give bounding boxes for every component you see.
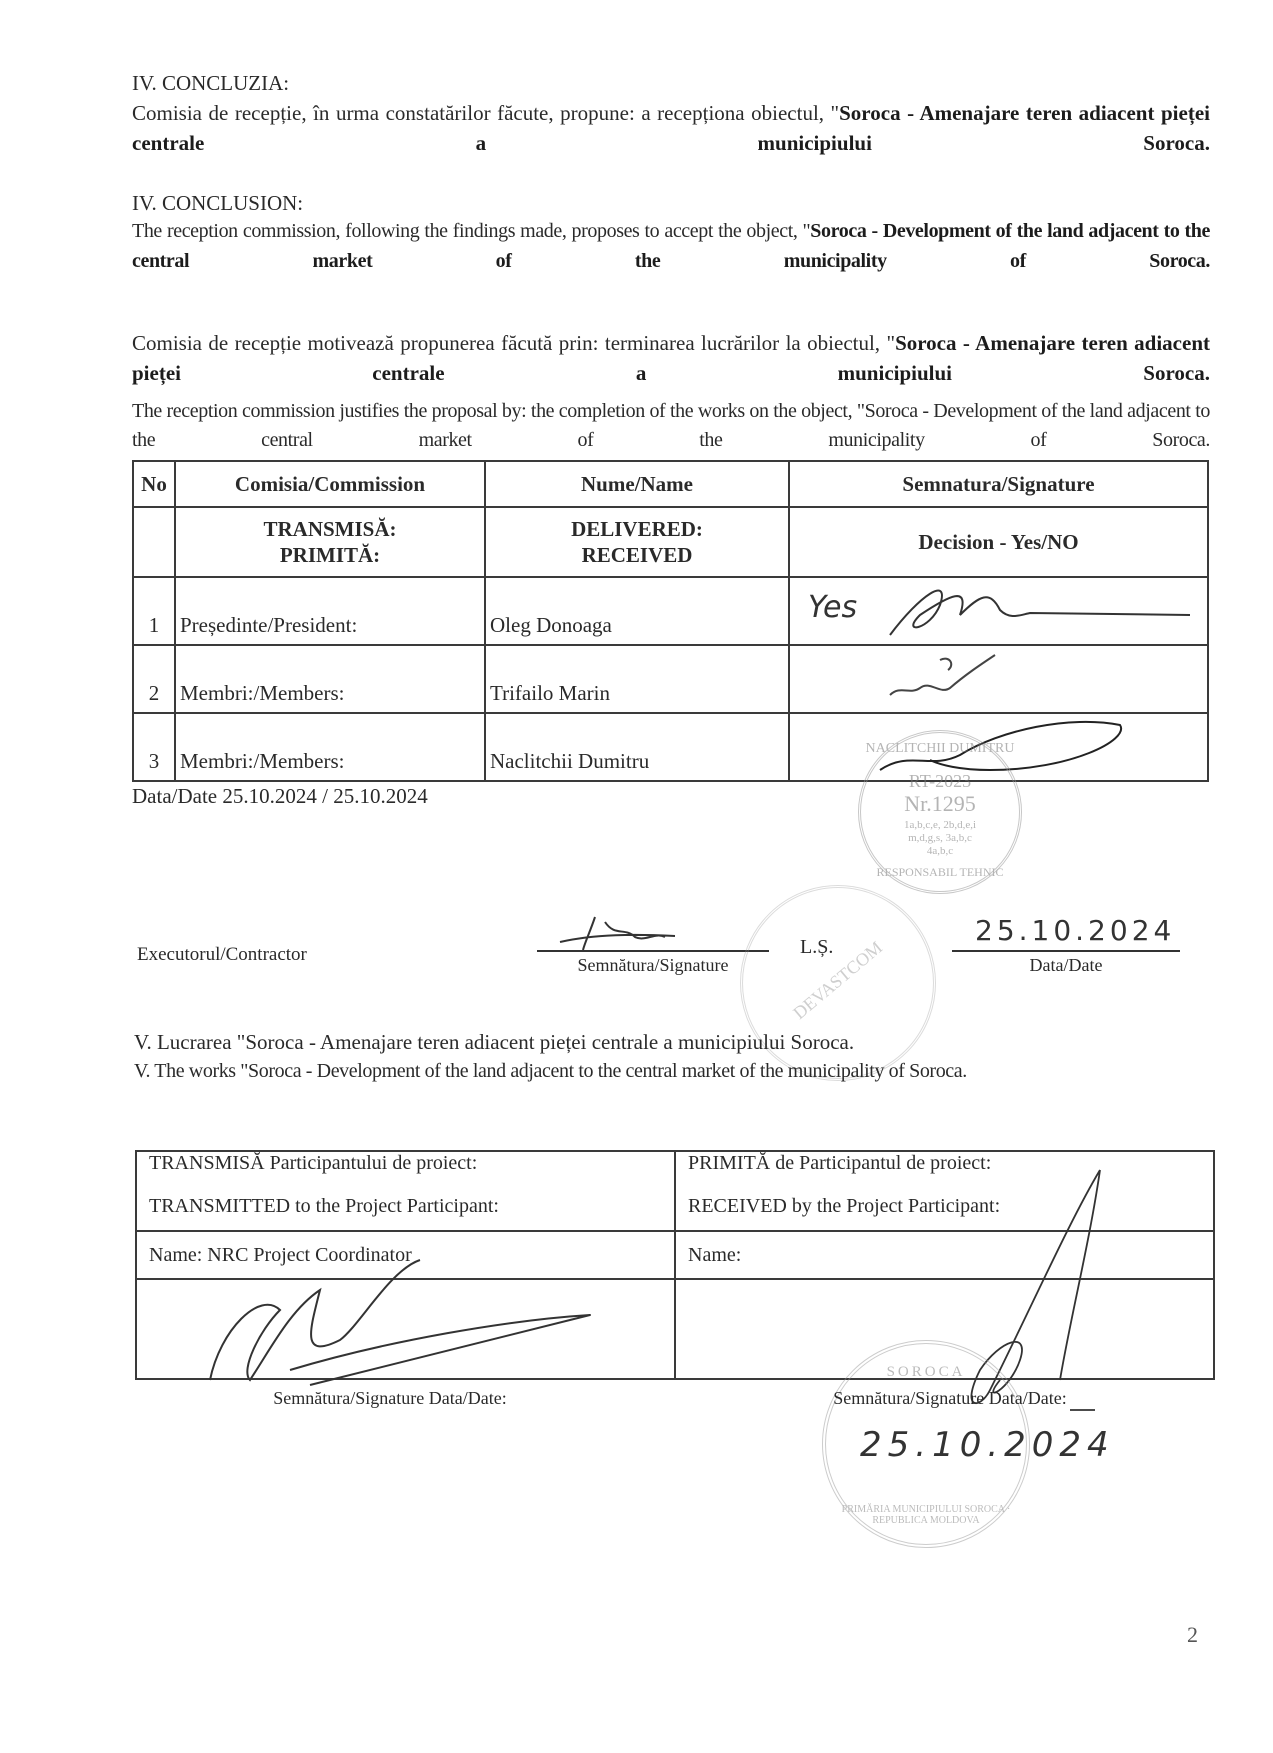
contractor-signature-line bbox=[537, 950, 769, 952]
subheader-no bbox=[133, 507, 175, 577]
header-name: Nume/Name bbox=[485, 461, 789, 507]
transmitted-title-ro: TRANSMISĂ Participantului de proiect: bbox=[149, 1152, 477, 1174]
contractor-date-line bbox=[952, 950, 1180, 952]
conclusion-text-ro-plain: Comisia de recepție, în urma constatăril… bbox=[132, 101, 839, 125]
row-no: 3 bbox=[133, 713, 175, 781]
signature-member-2 bbox=[880, 650, 1040, 710]
contractor-signature bbox=[555, 912, 685, 952]
subheader-commission: TRANSMISĂ: PRIMITĂ: bbox=[175, 507, 485, 577]
subheader-name: DELIVERED: RECEIVED bbox=[485, 507, 789, 577]
commission-table-subheader: TRANSMISĂ: PRIMITĂ: DELIVERED: RECEIVED … bbox=[133, 507, 1208, 577]
table-row: 2 Membri:/Members: Trifailo Marin bbox=[133, 645, 1208, 713]
stamp-technical-responsible: NACLITCHII DUMITRU RT-2023 Nr.1295 1a,b,… bbox=[858, 730, 1022, 894]
commission-table-header: No Comisia/Commission Nume/Name Semnatur… bbox=[133, 461, 1208, 507]
contractor-label: Executorul/Contractor bbox=[137, 944, 307, 966]
conclusion-heading-ro: IV. CONCLUZIA: bbox=[132, 68, 1210, 98]
received-handwritten-date: 25.10.2024 bbox=[860, 1425, 1115, 1465]
contractor-handwritten-date: 25.10.2024 bbox=[975, 914, 1175, 947]
row-role: Președinte/President: bbox=[175, 577, 485, 645]
received-signature-caption: Semnătura/Signature Data/Date: bbox=[820, 1388, 1080, 1409]
justification-text-ro: Comisia de recepție motivează propunerea… bbox=[132, 328, 1210, 388]
conclusion-text-ro: Comisia de recepție, în urma constatăril… bbox=[132, 98, 1210, 158]
section-v-en: V. The works "Soroca - Development of th… bbox=[134, 1060, 967, 1083]
transmitted-signature-caption: Semnătura/Signature Data/Date: bbox=[240, 1388, 540, 1409]
row-role: Membri:/Members: bbox=[175, 713, 485, 781]
conclusion-heading-en: IV. CONCLUSION: bbox=[132, 188, 1210, 218]
conclusion-text-en: The reception commission, following the … bbox=[132, 216, 1210, 276]
transmitted-title-en: TRANSMITTED to the Project Participant: bbox=[149, 1195, 662, 1218]
row-role: Membri:/Members: bbox=[175, 645, 485, 713]
row-name: Trifailo Marin bbox=[485, 645, 789, 713]
signature-president bbox=[880, 575, 1200, 645]
decision-yes-handwritten: Yes bbox=[808, 590, 857, 625]
signature-nrc-coordinator bbox=[190, 1270, 610, 1400]
page-number: 2 bbox=[1187, 1622, 1198, 1648]
subheader-decision: Decision - Yes/NO bbox=[789, 507, 1208, 577]
row-no: 1 bbox=[133, 577, 175, 645]
contractor-date-caption: Data/Date bbox=[952, 955, 1180, 976]
conclusion-text-en-plain: The reception commission, following the … bbox=[132, 220, 810, 242]
justification-text-ro-plain: Comisia de recepție motivează propunerea… bbox=[132, 331, 895, 355]
transmitted-cell: TRANSMISĂ Participantului de proiect: TR… bbox=[136, 1151, 675, 1231]
header-signature: Semnatura/Signature bbox=[789, 461, 1208, 507]
row-no: 2 bbox=[133, 645, 175, 713]
contractor-signature-caption: Semnătura/Signature bbox=[537, 955, 769, 976]
date-line: Data/Date 25.10.2024 / 25.10.2024 bbox=[132, 784, 428, 809]
header-commission: Comisia/Commission bbox=[175, 461, 485, 507]
justification-text-en: The reception commission justifies the p… bbox=[132, 397, 1210, 455]
row-name: Naclitchii Dumitru bbox=[485, 713, 789, 781]
section-v-ro: V. Lucrarea "Soroca - Amenajare teren ad… bbox=[134, 1030, 854, 1055]
row-name: Oleg Donoaga bbox=[485, 577, 789, 645]
header-no: No bbox=[133, 461, 175, 507]
